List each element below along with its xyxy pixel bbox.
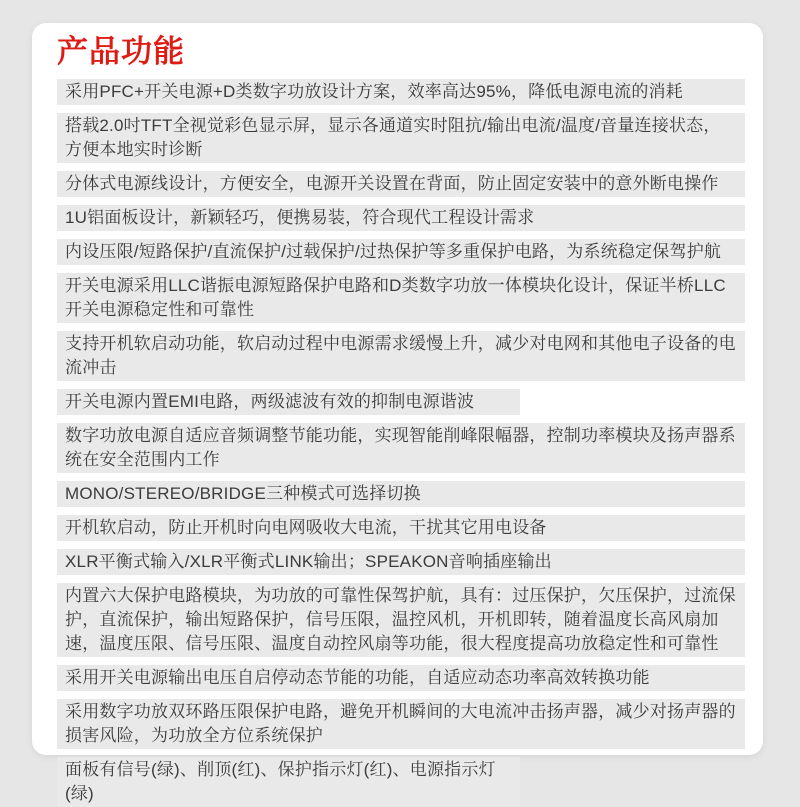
- page-title: 产品功能: [57, 35, 745, 68]
- feature-item: 采用数字功放双环路压限保护电路，避免开机瞬间的大电流冲击扬声器，减少对扬声器的损…: [57, 699, 745, 749]
- feature-item: 1U铝面板设计，新颖轻巧，便携易装，符合现代工程设计需求: [57, 205, 745, 231]
- feature-item: 内置六大保护电路模块，为功放的可靠性保驾护航，具有：过压保护，欠压保护，过流保护…: [57, 583, 745, 657]
- feature-item: 搭载2.0吋TFT全视觉彩色显示屏，显示各通道实时阻抗/输出电流/温度/音量连接…: [57, 113, 745, 163]
- feature-item: 分体式电源线设计，方便安全，电源开关设置在背面，防止固定安装中的意外断电操作: [57, 171, 745, 197]
- feature-item: 内设压限/短路保护/直流保护/过载保护/过热保护等多重保护电路，为系统稳定保驾护…: [57, 239, 745, 265]
- feature-item: 数字功放电源自适应音频调整节能功能，实现智能削峰限幅器，控制功率模块及扬声器系统…: [57, 423, 745, 473]
- feature-item: 开机软启动，防止开机时向电网吸收大电流，干扰其它用电设备: [57, 515, 745, 541]
- feature-item: 采用PFC+开关电源+D类数字功放设计方案，效率高达95%，降低电源电流的消耗: [57, 79, 745, 105]
- feature-item: MONO/STEREO/BRIDGE三种模式可选择切换: [57, 481, 745, 507]
- product-features-card: 产品功能 采用PFC+开关电源+D类数字功放设计方案，效率高达95%，降低电源电…: [32, 23, 763, 755]
- feature-item: 开关电源采用LLC谐振电源短路保护电路和D类数字功放一体模块化设计，保证半桥LL…: [57, 273, 745, 323]
- feature-item: 支持开机软启动功能，软启动过程中电源需求缓慢上升，减少对电网和其他电子设备的电流…: [57, 331, 745, 381]
- feature-item: 开关电源内置EMI电路，两级滤波有效的抑制电源谐波: [57, 389, 520, 415]
- feature-item: 采用开关电源输出电压自启停动态节能的功能，自适应动态功率高效转换功能: [57, 665, 745, 691]
- feature-item: 面板有信号(绿)、削顶(红)、保护指示灯(红)、电源指示灯(绿): [57, 757, 520, 800]
- feature-item: XLR平衡式输入/XLR平衡式LINK输出；SPEAKON音响插座输出: [57, 549, 745, 575]
- feature-list: 采用PFC+开关电源+D类数字功放设计方案，效率高达95%，降低电源电流的消耗搭…: [57, 79, 745, 800]
